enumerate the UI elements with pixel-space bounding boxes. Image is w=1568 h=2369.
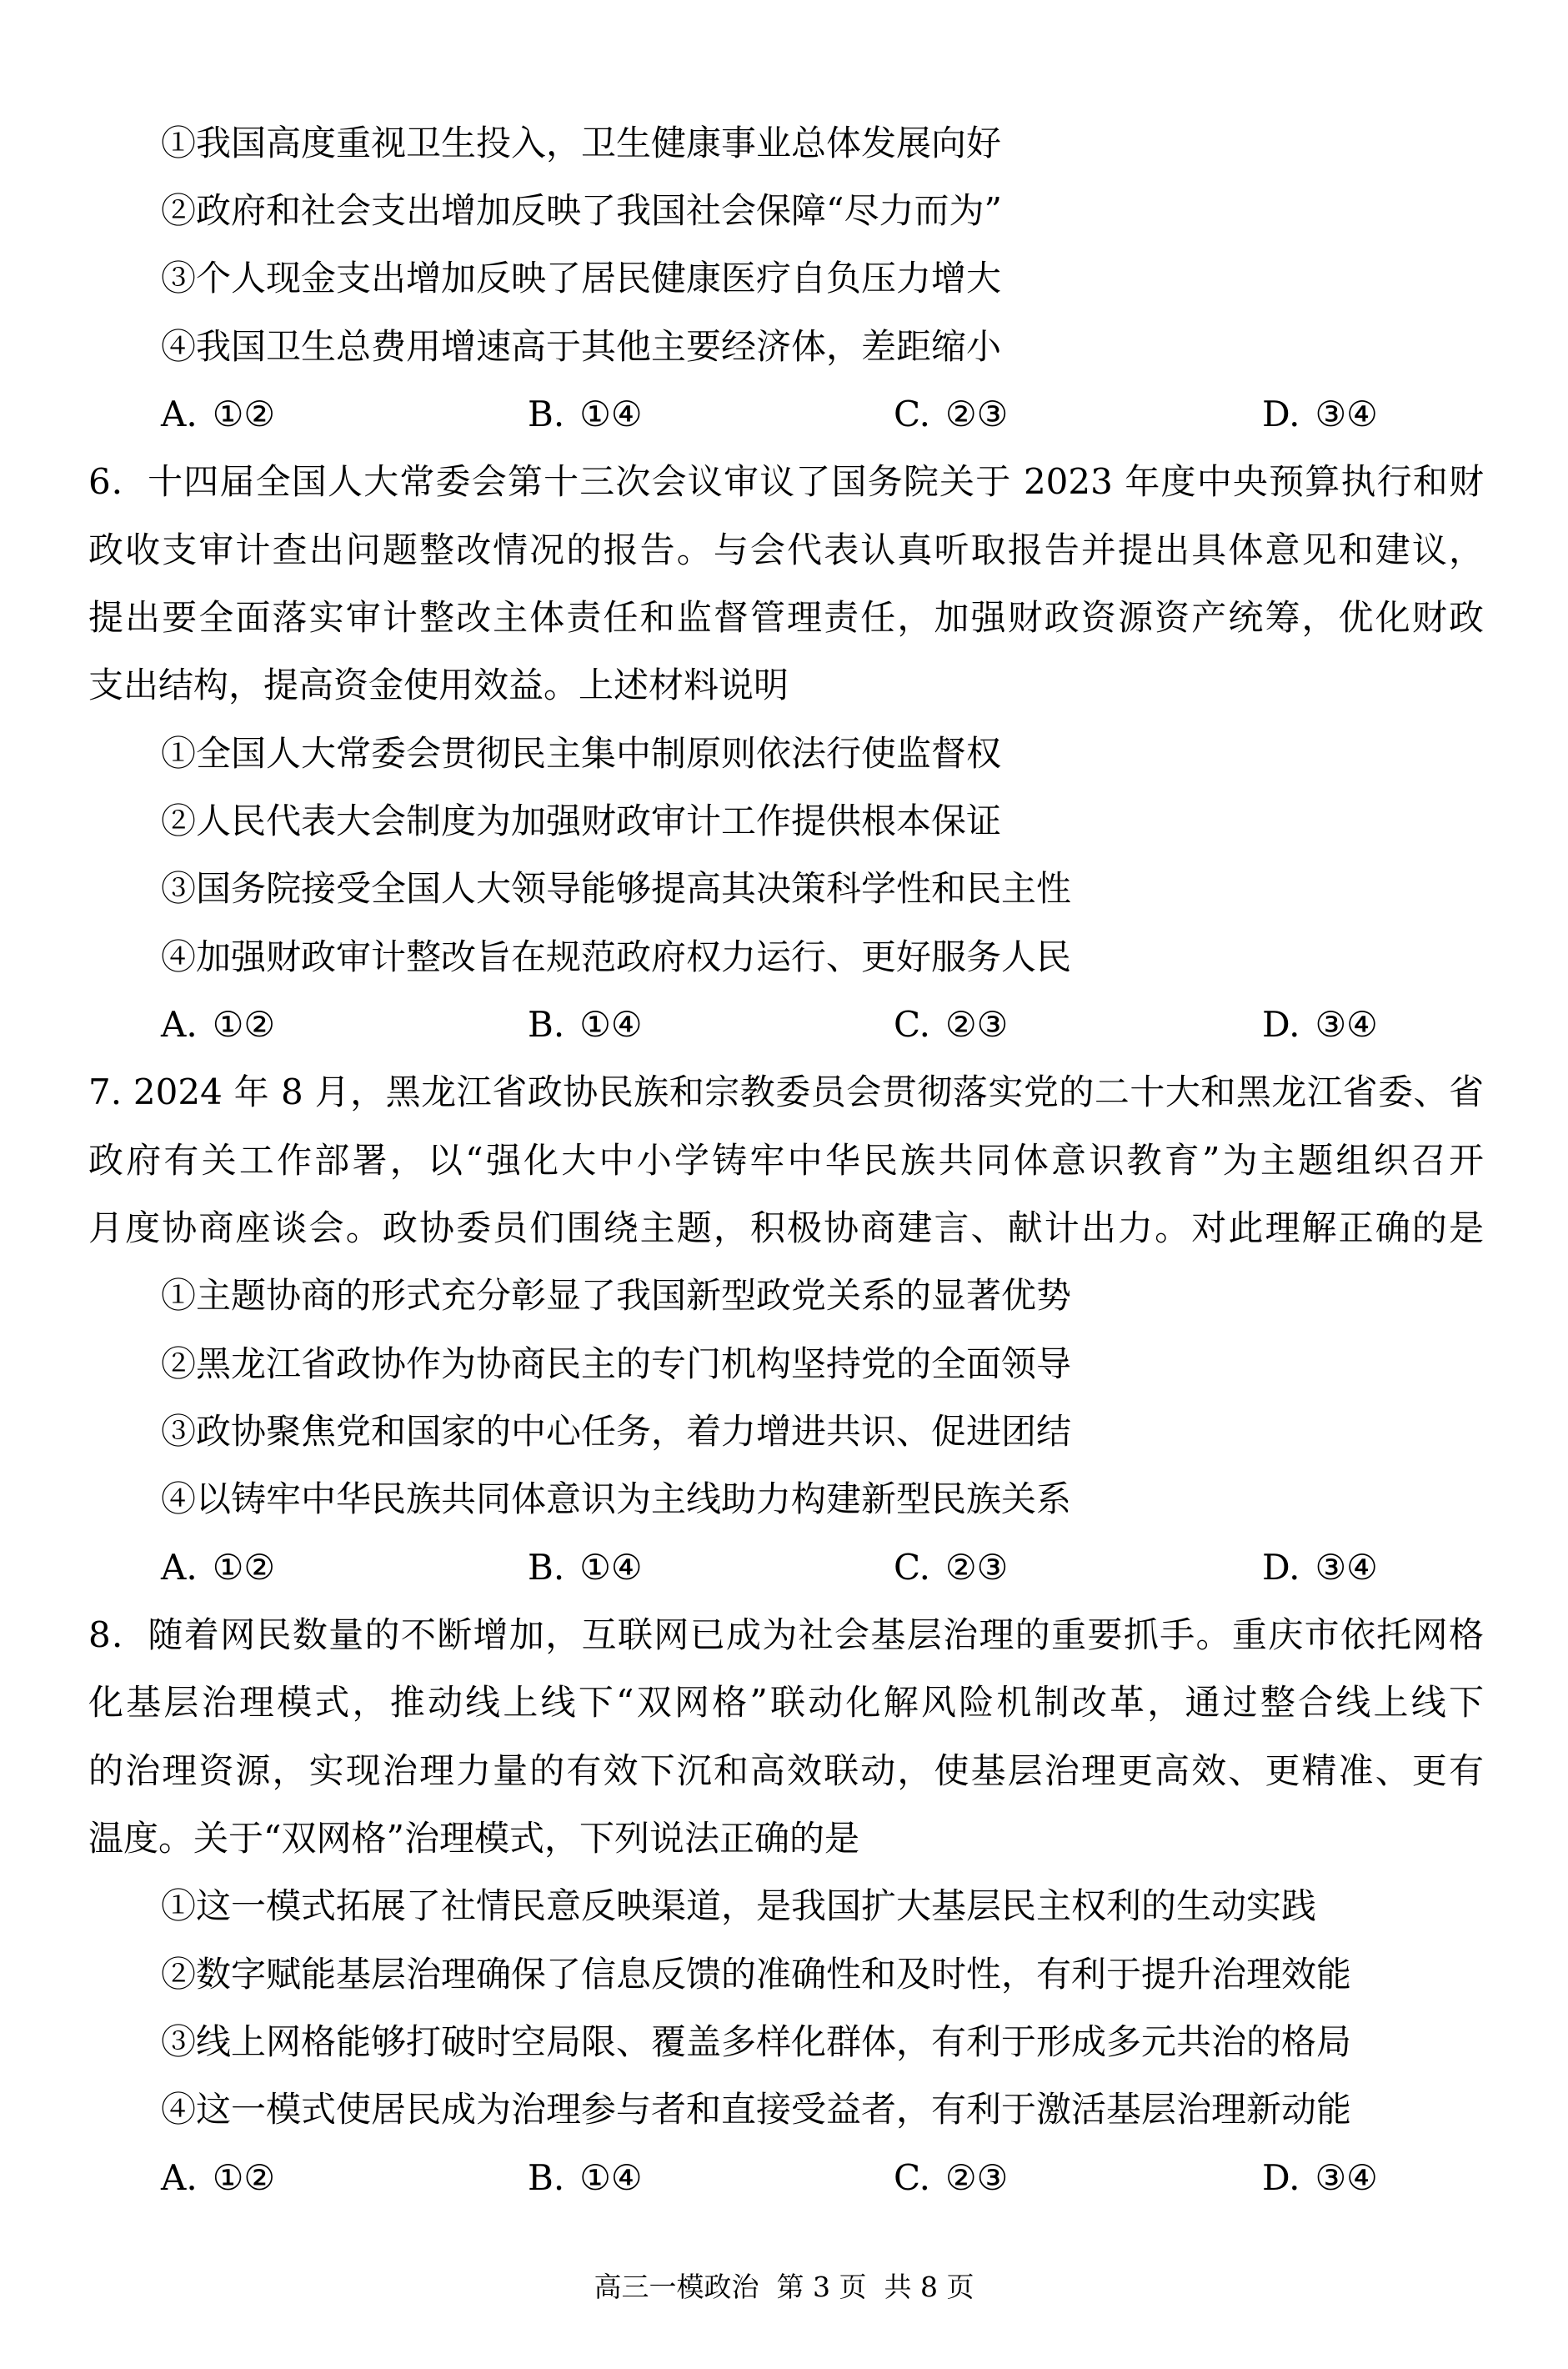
q5-choice-c: C.②③	[894, 389, 1008, 439]
q7-option-3: ③政协聚焦党和国家的中心任务，着力增进共识、促进团结	[161, 1407, 1071, 1457]
q7-answer-choices: A.①② B.①④ C.②③ D.③④	[0, 1543, 1568, 1593]
q6-option-1: ①全国人大常委会贯彻民主集中制原则依法行使监督权	[161, 729, 1001, 779]
q5-option-4: ④我国卫生总费用增速高于其他主要经济体，差距缩小	[161, 322, 1001, 372]
q8-choice-a: A.①②	[161, 2153, 275, 2203]
exam-page: ①我国高度重视卫生投入，卫生健康事业总体发展向好 ②政府和社会支出增加反映了我国…	[0, 0, 1568, 2369]
q7-choice-d: D.③④	[1262, 1543, 1378, 1593]
q7-choice-b: B.①④	[528, 1543, 643, 1593]
q8-choice-b: B.①④	[528, 2153, 643, 2203]
q7-choice-a: A.①②	[161, 1543, 275, 1593]
q7-choice-c: C.②③	[894, 1543, 1008, 1593]
q6-stem-line-1: 6．十四届全国人大常委会第十三次会议审议了国务院关于 2023 年度中央预算执行…	[88, 457, 1484, 507]
q8-stem-line-4: 温度。关于“双网格”治理模式，下列说法正确的是	[88, 1814, 1484, 1864]
q5-choice-a: A.①②	[161, 389, 275, 439]
q6-choice-a: A.①②	[161, 1000, 275, 1050]
q7-stem-line-1: 7. 2024 年 8 月，黑龙江省政协民族和宗教委员会贯彻落实党的二十大和黑龙…	[88, 1067, 1484, 1117]
q5-answer-choices: A.①② B.①④ C.②③ D.③④	[0, 389, 1568, 439]
q6-option-3: ③国务院接受全国人大领导能够提高其决策科学性和民主性	[161, 864, 1071, 914]
q6-choice-b: B.①④	[528, 1000, 643, 1050]
q6-choice-c: C.②③	[894, 1000, 1008, 1050]
q8-stem-line-1: 8．随着网民数量的不断增加，互联网已成为社会基层治理的重要抓手。重庆市依托网格	[88, 1610, 1484, 1660]
q6-choice-d: D.③④	[1262, 1000, 1378, 1050]
q5-option-2: ②政府和社会支出增加反映了我国社会保障“尽力而为”	[161, 186, 1002, 236]
q7-option-4: ④以铸牢中华民族共同体意识为主线助力构建新型民族关系	[161, 1474, 1071, 1524]
q6-option-4: ④加强财政审计整改旨在规范政府权力运行、更好服务人民	[161, 932, 1071, 982]
q8-option-3: ③线上网格能够打破时空局限、覆盖多样化群体，有利于形成多元共治的格局	[161, 2017, 1351, 2067]
q8-stem-line-3: 的治理资源，实现治理力量的有效下沉和高效联动，使基层治理更高效、更精准、更有	[88, 1746, 1484, 1796]
q7-option-1: ①主题协商的形式充分彰显了我国新型政党关系的显著优势	[161, 1271, 1071, 1321]
q5-choice-d: D.③④	[1262, 389, 1378, 439]
q6-stem-line-3: 提出要全面落实审计整改主体责任和监督管理责任，加强财政资源资产统筹，优化财政	[88, 593, 1484, 643]
q6-option-2: ②人民代表大会制度为加强财政审计工作提供根本保证	[161, 796, 1001, 846]
q6-stem-line-4: 支出结构，提高资金使用效益。上述材料说明	[88, 660, 1484, 710]
q7-stem-line-2: 政府有关工作部署，以“强化大中小学铸牢中华民族共同体意识教育”为主题组织召开	[88, 1136, 1484, 1186]
q8-option-4: ④这一模式使居民成为治理参与者和直接受益者，有利于激活基层治理新动能	[161, 2085, 1351, 2135]
q8-answer-choices: A.①② B.①④ C.②③ D.③④	[0, 2153, 1568, 2203]
q7-stem-line-3: 月度协商座谈会。政协委员们围绕主题，积极协商建言、献计出力。对此理解正确的是	[88, 1203, 1484, 1253]
q8-choice-d: D.③④	[1262, 2153, 1378, 2203]
q6-answer-choices: A.①② B.①④ C.②③ D.③④	[0, 1000, 1568, 1050]
q8-option-2: ②数字赋能基层治理确保了信息反馈的准确性和及时性，有利于提升治理效能	[161, 1950, 1351, 2000]
q8-option-1: ①这一模式拓展了社情民意反映渠道，是我国扩大基层民主权利的生动实践	[161, 1881, 1316, 1931]
q5-choice-b: B.①④	[528, 389, 643, 439]
q5-option-1: ①我国高度重视卫生投入，卫生健康事业总体发展向好	[161, 118, 1001, 168]
q5-option-3: ③个人现金支出增加反映了居民健康医疗自负压力增大	[161, 253, 1001, 304]
page-footer: 高三一模政治 第 3 页 共 8 页	[0, 2268, 1568, 2306]
q6-stem-line-2: 政收支审计查出问题整改情况的报告。与会代表认真听取报告并提出具体意见和建议，	[88, 525, 1484, 575]
q7-option-2: ②黑龙江省政协作为协商民主的专门机构坚持党的全面领导	[161, 1339, 1071, 1389]
q8-stem-line-2: 化基层治理模式，推动线上线下“双网格”联动化解风险机制改革，通过整合线上线下	[88, 1678, 1484, 1728]
q8-choice-c: C.②③	[894, 2153, 1008, 2203]
